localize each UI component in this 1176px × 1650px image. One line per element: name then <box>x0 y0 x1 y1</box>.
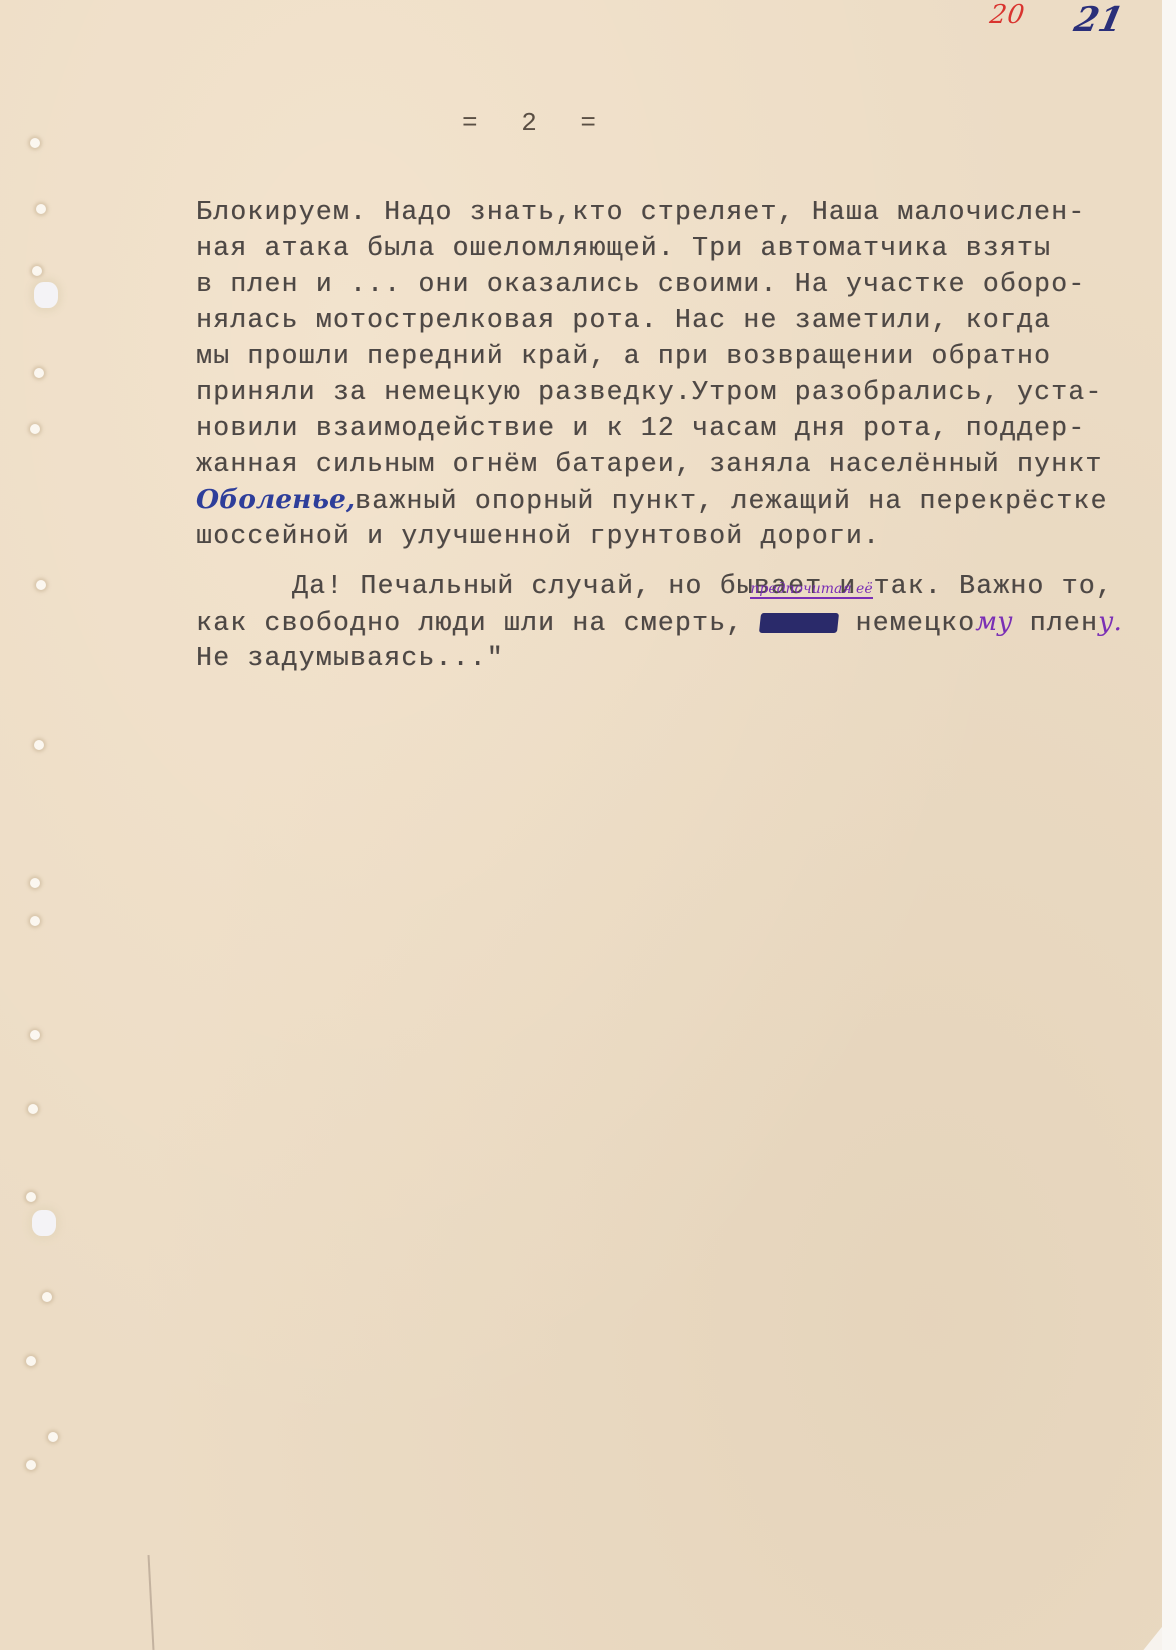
binding-hole <box>32 1210 56 1236</box>
binding-hole <box>26 1460 36 1470</box>
text-line: Блокируем. Надо знать,кто стреляет, Наша… <box>196 194 1096 230</box>
binding-hole <box>34 368 44 378</box>
binding-hole <box>30 138 40 148</box>
text-line: новили взаимодействие и к 12 часам дня р… <box>196 410 1096 446</box>
text-line: Не задумываясь..." <box>196 640 1096 676</box>
page-number-header: = 2 = <box>462 108 610 138</box>
binding-hole <box>32 266 42 276</box>
paragraph-2: Да! Печальный случай, но бывает и так. В… <box>196 568 1096 676</box>
binding-hole <box>42 1292 52 1302</box>
text-line: нялась мотострелковая рота. Нас не замет… <box>196 302 1096 338</box>
binding-hole <box>30 878 40 888</box>
text-segment: как свободно люди шли на смерть, <box>196 608 743 638</box>
binding-hole <box>30 424 40 434</box>
text-line: как свободно люди шли на смерть, предпоч… <box>196 604 1096 640</box>
text-line: в плен и ... они оказались своими. На уч… <box>196 266 1096 302</box>
binding-hole <box>30 916 40 926</box>
text-line: шоссейной и улучшенной грунтовой дороги. <box>196 518 1096 554</box>
text-line: жанная сильным огнём батареи, заняла нас… <box>196 446 1096 482</box>
binding-hole <box>34 282 58 308</box>
text-line: приняли за немецкую разведку.Утром разоб… <box>196 374 1096 410</box>
typewritten-text: Блокируем. Надо знать,кто стреляет, Наша… <box>196 194 1096 676</box>
text-line-rest: важный опорный пункт, лежащий на перекрё… <box>355 486 1108 516</box>
binding-hole <box>26 1356 36 1366</box>
handwritten-suffix: му <box>975 606 1012 637</box>
binding-hole <box>36 580 46 590</box>
archive-number-red: 20 <box>988 0 1027 30</box>
archive-number-blue: 21 <box>1071 0 1127 40</box>
binding-hole <box>28 1104 38 1114</box>
ink-redaction <box>759 613 839 633</box>
scan-edge <box>1162 0 1176 1650</box>
text-segment: плен <box>1013 608 1099 638</box>
binding-hole <box>48 1432 58 1442</box>
paragraph-gap <box>196 554 1096 568</box>
text-line: мы прошли передний край, а при возвращен… <box>196 338 1096 374</box>
binding-hole <box>26 1192 36 1202</box>
handwritten-correction: предпочитая её <box>750 581 872 599</box>
paragraph-1: Блокируем. Надо знать,кто стреляет, Наша… <box>196 194 1096 554</box>
binding-hole <box>36 204 46 214</box>
binding-hole <box>30 1030 40 1040</box>
handwritten-place-name: Оболенье, <box>196 484 355 515</box>
text-line: Да! Печальный случай, но бывает и так. В… <box>196 568 1096 604</box>
handwritten-suffix: у. <box>1098 606 1122 637</box>
text-line: ная атака была ошеломляющей. Три автомат… <box>196 230 1096 266</box>
text-segment: немецко <box>838 608 975 638</box>
text-line: Оболенье,важный опорный пункт, лежащий н… <box>196 482 1096 518</box>
binding-hole <box>34 740 44 750</box>
correction: предпочитая её <box>760 605 838 641</box>
